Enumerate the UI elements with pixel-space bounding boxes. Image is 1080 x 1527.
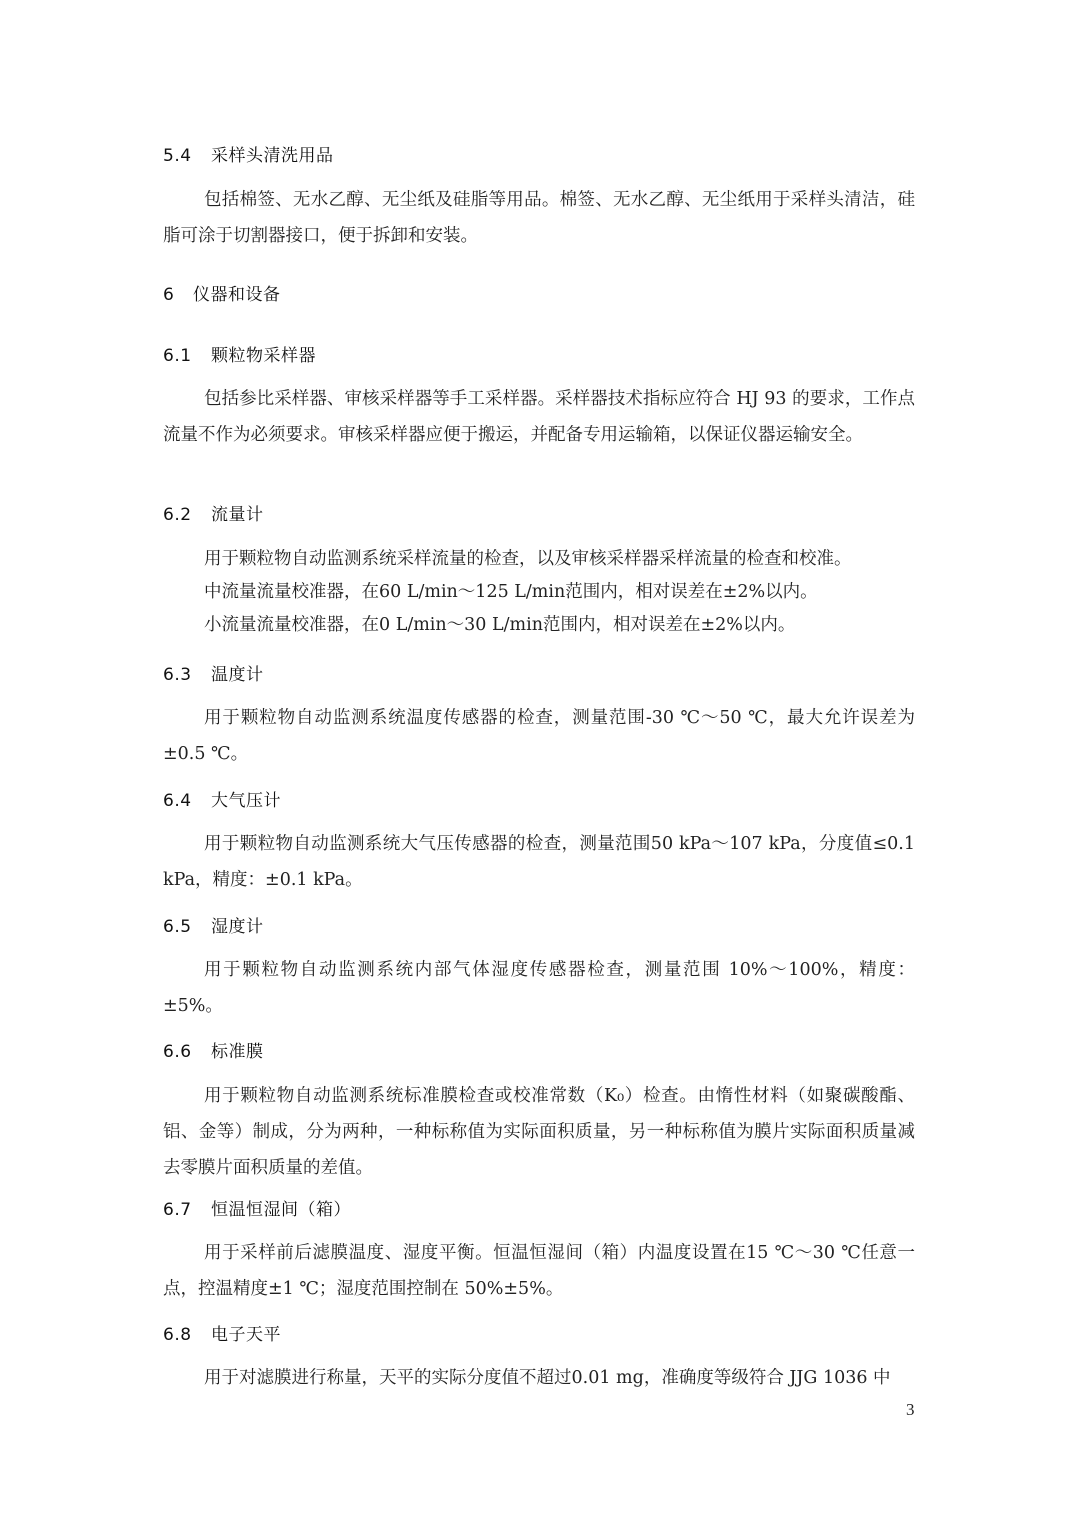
section-heading-5-4: 5.4采样头清洗用品 bbox=[163, 141, 334, 166]
section-heading-6-8: 6.8电子天平 bbox=[163, 1320, 281, 1345]
section-title: 湿度计 bbox=[211, 917, 264, 937]
section-paragraph: 包括参比采样器、审核采样器等手工采样器。采样器技术指标应符合 HJ 93 的要求… bbox=[163, 381, 915, 453]
section-title: 标准膜 bbox=[211, 1042, 264, 1062]
section-number: 6.1 bbox=[163, 346, 211, 366]
section-paragraph: 中流量流量校准器，在60 L/min～125 L/min范围内，相对误差在±2%… bbox=[204, 578, 818, 603]
section-title: 仪器和设备 bbox=[193, 285, 281, 305]
section-heading-6-2: 6.2流量计 bbox=[163, 500, 264, 525]
section-title: 颗粒物采样器 bbox=[211, 346, 316, 366]
section-paragraph: 用于对滤膜进行称量，天平的实际分度值不超过0.01 mg，准确度等级符合 JJG… bbox=[163, 1360, 915, 1396]
section-number: 6.2 bbox=[163, 505, 211, 525]
section-number: 6.6 bbox=[163, 1042, 211, 1062]
section-heading-6-4: 6.4大气压计 bbox=[163, 786, 281, 811]
section-paragraph: 用于颗粒物自动监测系统标准膜检查或校准常数（K₀）检查。由惰性材料（如聚碳酸酯、… bbox=[163, 1078, 915, 1186]
section-title: 大气压计 bbox=[211, 791, 281, 811]
section-number: 6.5 bbox=[163, 917, 211, 937]
section-heading-6-6: 6.6标准膜 bbox=[163, 1037, 264, 1062]
section-heading-6-5: 6.5湿度计 bbox=[163, 912, 264, 937]
section-paragraph: 小流量流量校准器，在0 L/min～30 L/min范围内，相对误差在±2%以内… bbox=[204, 611, 795, 636]
section-paragraph: 包括棉签、无水乙醇、无尘纸及硅脂等用品。棉签、无水乙醇、无尘纸用于采样头清洁，硅… bbox=[163, 182, 915, 254]
section-title: 温度计 bbox=[211, 665, 264, 685]
section-heading-6-3: 6.3温度计 bbox=[163, 660, 264, 685]
section-paragraph: 用于颗粒物自动监测系统内部气体湿度传感器检查，测量范围 10%～100%，精度：… bbox=[163, 952, 915, 1024]
section-paragraph: 用于颗粒物自动监测系统大气压传感器的检查，测量范围50 kPa～107 kPa，… bbox=[163, 826, 915, 898]
section-number: 5.4 bbox=[163, 146, 211, 166]
section-number: 6 bbox=[163, 285, 193, 305]
section-number: 6.3 bbox=[163, 665, 211, 685]
section-paragraph: 用于采样前后滤膜温度、湿度平衡。恒温恒湿间（箱）内温度设置在15 ℃～30 ℃任… bbox=[163, 1235, 915, 1307]
section-heading-6: 6仪器和设备 bbox=[163, 280, 281, 305]
section-heading-6-7: 6.7恒温恒湿间（箱） bbox=[163, 1195, 351, 1220]
section-title: 流量计 bbox=[211, 505, 264, 525]
section-number: 6.4 bbox=[163, 791, 211, 811]
page-number: 3 bbox=[906, 1400, 915, 1420]
section-title: 电子天平 bbox=[211, 1325, 281, 1345]
section-number: 6.7 bbox=[163, 1200, 211, 1220]
section-paragraph: 用于颗粒物自动监测系统采样流量的检查，以及审核采样器采样流量的检查和校准。 bbox=[204, 545, 852, 570]
document-page: 5.4采样头清洗用品 包括棉签、无水乙醇、无尘纸及硅脂等用品。棉签、无水乙醇、无… bbox=[0, 0, 1080, 1527]
section-paragraph: 用于颗粒物自动监测系统温度传感器的检查，测量范围-30 ℃～50 ℃，最大允许误… bbox=[163, 700, 915, 772]
section-title: 采样头清洗用品 bbox=[211, 146, 334, 166]
section-title: 恒温恒湿间（箱） bbox=[211, 1200, 351, 1220]
section-number: 6.8 bbox=[163, 1325, 211, 1345]
section-heading-6-1: 6.1颗粒物采样器 bbox=[163, 341, 316, 366]
